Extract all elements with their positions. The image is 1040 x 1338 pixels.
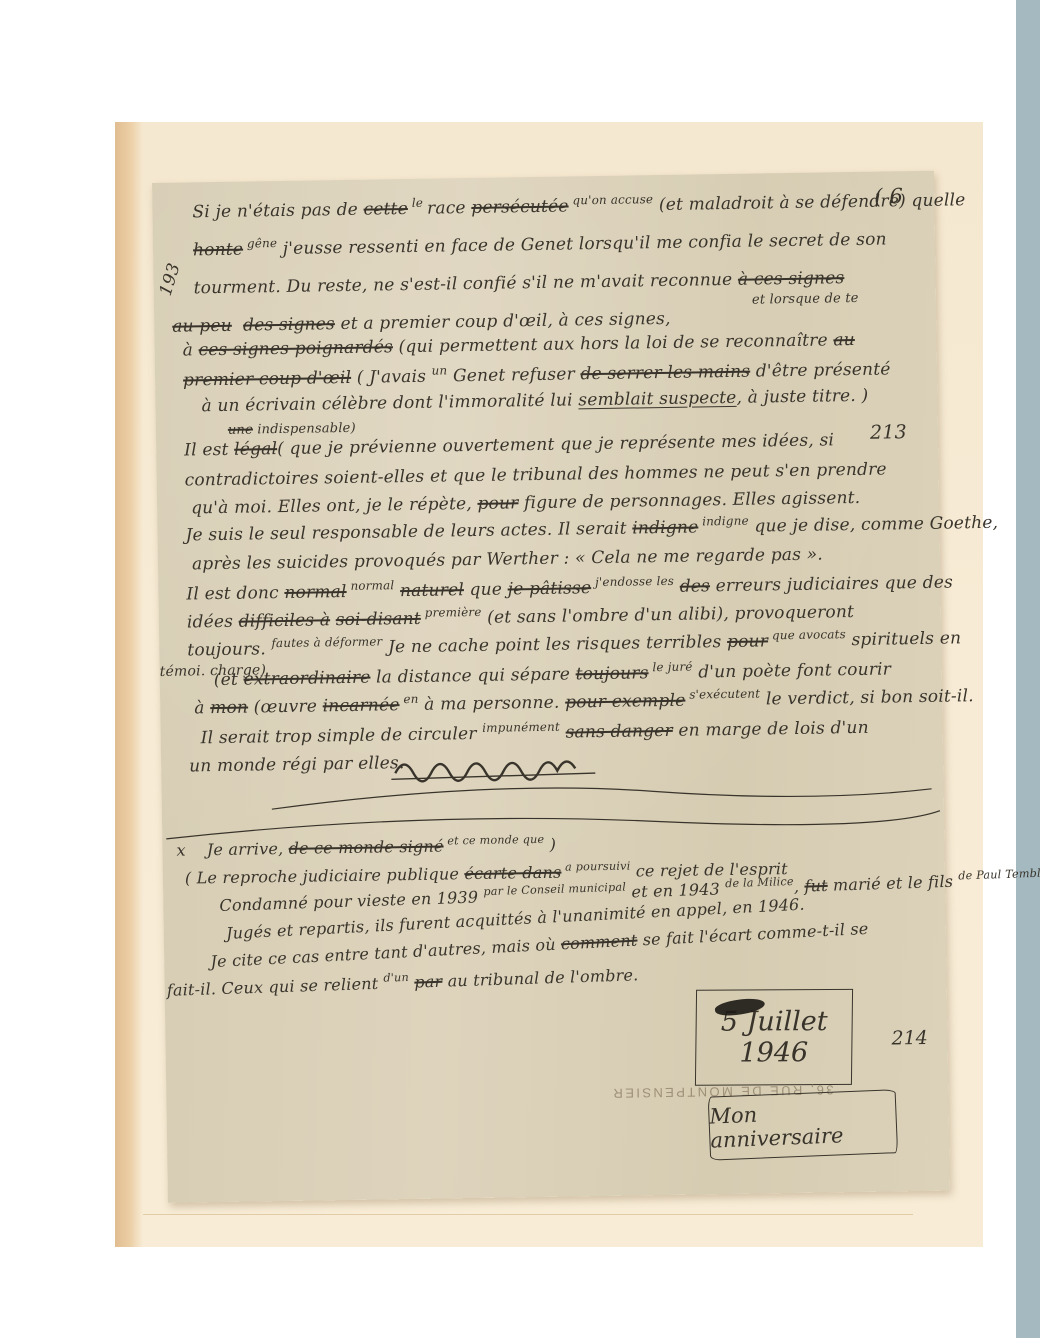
handwritten-text: Il est donc [186, 583, 284, 605]
manuscript-line: au peu des signes et a premier coup d'œi… [172, 311, 671, 337]
handwritten-text: contradictoires soient-elles et que le t… [185, 459, 887, 490]
handwritten-text: que je dise, comme Goethe, [749, 513, 999, 537]
struck-text: mon [210, 698, 248, 719]
interline-text: gêne [243, 236, 277, 251]
handwritten-text: et en 1943 [626, 879, 726, 901]
manuscript-line: et lorsque de te [752, 292, 859, 307]
interline-text: qu'on accuse [568, 192, 653, 207]
folio-number: 214 [891, 1027, 928, 1050]
manuscript-line: fait-il. Ceux qui se relient d'un par au… [167, 967, 639, 999]
handwritten-text: race [427, 198, 472, 219]
handwritten-text: à un écrivain célèbre dont l'immoralité … [201, 390, 578, 416]
struck-text: écarte dans [464, 863, 561, 884]
manuscript-photo: Si je n'étais pas de cette le race persé… [115, 122, 983, 1247]
manuscript-line: une indispensable) [228, 422, 356, 438]
date-line2: 1946 [696, 1037, 851, 1069]
handwritten-text: figure de personnages. Elles agissent. [518, 488, 860, 513]
manuscript-line: à un écrivain célèbre dont l'immoralité … [201, 388, 868, 416]
struck-text: par [414, 972, 443, 992]
struck-text: de serrer les mains [580, 362, 750, 385]
handwritten-text: (œuvre [248, 696, 323, 717]
interline-text: première [421, 605, 482, 620]
manuscript-line: tourment. Du reste, ne s'est-il confié s… [194, 270, 845, 298]
struck-text: pour exemple [565, 691, 686, 713]
struck-text: soi-disant [336, 609, 421, 630]
manuscript-line: à ces signes poignardés (qui permettent … [183, 332, 855, 360]
handwritten-text: d'être présenté [750, 359, 891, 381]
interline-text: de la Milice [725, 875, 794, 890]
manuscript-line: 213 [870, 423, 907, 444]
page-canvas: Si je n'étais pas de cette le race persé… [0, 0, 1040, 1338]
handwritten-text: 193 [156, 261, 185, 298]
handwritten-text: Condamné pour vieste en 1939 [219, 887, 484, 915]
handwritten-text: Il est [184, 440, 234, 461]
interline-text: le [408, 196, 427, 210]
struck-text: naturel [400, 580, 464, 601]
manuscript-line: (et extraordinaire la distance qui sépar… [214, 661, 892, 689]
manuscript-line: toujours. fautes à déformer Je ne cache … [187, 630, 961, 660]
handwritten-text: et lorsque de te [752, 291, 859, 308]
handwritten-text: ) [544, 835, 556, 854]
interline-text: de Paul Temble [958, 867, 1040, 883]
struck-text: ces signes poignardés [198, 337, 393, 360]
struck-text: incarnée [323, 695, 400, 716]
handwritten-text: idées [187, 612, 239, 633]
struck-text: des [680, 576, 711, 596]
handwritten-text: d'un poète font courir [692, 659, 891, 682]
handwritten-text: et a premier coup d'œil, à ces signes, [335, 309, 671, 334]
handwritten-text [232, 316, 244, 336]
struck-text: pour [727, 631, 768, 652]
struck-text: légal [234, 439, 277, 460]
handwritten-text: la distance qui sépare [370, 664, 575, 687]
struck-text: je pâtisse [508, 578, 592, 599]
manuscript-line: un monde régi par elles. [189, 755, 405, 776]
handwritten-text: ( J'avais [351, 367, 432, 388]
interline-text: impunément [482, 720, 560, 735]
struck-text: au [833, 330, 855, 350]
interline-text: a poursuivi [561, 860, 630, 874]
handwritten-text: semblait suspecte [578, 388, 736, 410]
handwritten-text: toujours. [187, 639, 271, 660]
handwritten-text: se fait l'écart comme-t-il se [637, 919, 869, 950]
handwritten-text: Je suis le seul responsable de leurs act… [185, 518, 632, 545]
handwritten-text: Si je n'étais pas de [192, 200, 363, 223]
interline-text: le juré [648, 659, 692, 674]
struck-text: normal [284, 582, 347, 603]
handwritten-text: Je ne cache point les risques terribles [382, 632, 727, 657]
struck-text: une [228, 422, 253, 437]
handwritten-text: un monde régi par elles. [189, 753, 405, 776]
manuscript-line: 193 [158, 261, 185, 298]
manuscript-line: après les suicides provoqués par Werther… [192, 547, 823, 575]
handwritten-text: en marge de lois d'un [673, 718, 869, 741]
manuscript-line: honte gêne j'eusse ressenti en face de G… [193, 231, 887, 260]
handwritten-text: (qui permettent aux hors la loi de se re… [393, 330, 834, 357]
interline-text: normal [346, 578, 394, 593]
handwritten-text: le verdict, si bon soit-il. [760, 686, 974, 709]
interline-text: un [431, 363, 447, 377]
book-page-edge [143, 1214, 913, 1218]
handwritten-text: après les suicides provoqués par Werther… [192, 545, 823, 575]
struck-text: sans danger [565, 721, 672, 743]
handwritten-text: qu'à moi. Elles ont, je le répète, [191, 494, 478, 518]
book-gutter-edge [115, 122, 143, 1247]
manuscript-line: idées difficiles à soi-disant première (… [187, 604, 854, 632]
handwritten-text: (et [214, 670, 244, 690]
handwritten-text: Genet refuser [447, 364, 580, 386]
handwritten-text: tourment. Du reste, ne s'est-il confié s… [194, 270, 739, 299]
handwritten-text: ( 6 [874, 184, 903, 208]
handwritten-text: (et sans l'ombre d'un alibi), provoquero… [481, 602, 854, 628]
manuscript-line: ( 6 [874, 185, 903, 207]
struck-text: honte [193, 240, 243, 261]
interline-text: en [399, 692, 418, 706]
struck-text: au peu [172, 316, 232, 337]
manuscript-line: premier coup d'œil ( J'avais un Genet re… [183, 361, 891, 390]
manuscript-line: Je suis le seul responsable de leurs act… [185, 515, 998, 546]
struck-text: fut [804, 876, 828, 896]
manuscript-line: Si je n'étais pas de cette le race persé… [192, 192, 965, 222]
manuscript-line: Il serait trop simple de circuler impuné… [201, 720, 869, 748]
interline-text: fautes à déformer [271, 634, 382, 650]
handwritten-text: (et maladroit à se défendre) quelle [653, 190, 965, 215]
handwritten-text: à ma personne. [418, 693, 565, 715]
struck-text: à ces signes [738, 268, 845, 290]
handwritten-text: j'eusse ressenti en face de Genet lorsqu… [277, 229, 887, 259]
manuscript-line: Il est donc normal normal naturel que je… [186, 574, 953, 604]
struck-text: extraordinaire [243, 668, 370, 690]
crossed-out-scribble [389, 748, 610, 785]
date-box: 5 Juillet 1946 [695, 989, 853, 1086]
handwritten-text: fait-il. Ceux qui se relient [166, 974, 383, 1000]
struck-text: persécutée [471, 196, 569, 218]
manuscript-sheet: Si je n'étais pas de cette le race persé… [152, 171, 950, 1203]
manuscript-line: à mon (œuvre incarnée en à ma personne. … [194, 688, 974, 718]
handwritten-text: à [194, 698, 210, 718]
manuscript-line: x Je arrive, de ce monde signé et ce mon… [176, 837, 556, 860]
struck-text: difficiles à [239, 610, 331, 631]
manuscript-line: qu'à moi. Elles ont, je le répète, pour … [191, 490, 860, 518]
handwritten-text: Il serait trop simple de circuler [201, 724, 483, 748]
interline-text: s'exécutent [685, 686, 760, 701]
interline-text: d'un [383, 971, 409, 985]
handwritten-text: à [182, 340, 198, 360]
handwritten-text: ( Le reproche judiciaire publique [185, 864, 465, 887]
struck-text: cette [363, 199, 408, 220]
handwritten-text: ( que je prévienne ouvertement que je re… [277, 430, 834, 459]
struck-text: pour [477, 493, 518, 514]
interline-text: par le Conseil municipal [483, 881, 626, 899]
struck-text: premier coup d'œil [183, 368, 351, 391]
manuscript-text: Si je n'étais pas de cette le race persé… [152, 171, 934, 183]
anniversary-box: Mon anniversaire [708, 1089, 898, 1160]
manuscript-line: contradictoires soient-elles et que le t… [185, 461, 887, 490]
handwritten-text: marié et le fils [827, 872, 958, 895]
handwritten-text: , à juste titre. ) [736, 386, 868, 408]
handwritten-text: x Je arrive, [176, 839, 288, 860]
right-accent-bar [1016, 0, 1040, 1338]
handwritten-text: que [464, 579, 508, 600]
handwritten-text: erreurs judiciaires que des [710, 572, 953, 596]
interline-text: et ce monde que [443, 833, 544, 848]
interline-text: j'endosse les [591, 574, 674, 589]
handwritten-text: au tribunal de l'ombre. [442, 965, 639, 990]
interline-text: que avocats [768, 627, 846, 642]
struck-text: de ce monde signé [288, 837, 443, 858]
struck-text: comment [560, 931, 637, 954]
struck-text: toujours [575, 663, 648, 684]
interline-text: indigne [698, 514, 749, 529]
handwritten-text: indispensable) [253, 421, 356, 438]
handwritten-text: spirituels en [846, 628, 962, 650]
anniversary-label: Mon anniversaire [709, 1097, 897, 1152]
struck-text: indigne [632, 517, 698, 538]
struck-text: des signes [243, 314, 335, 335]
handwritten-text: 213 [870, 421, 907, 444]
